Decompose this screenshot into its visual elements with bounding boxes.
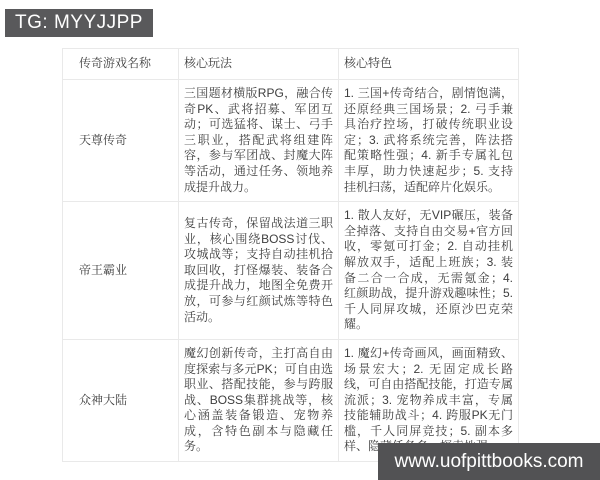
gameplay-cell: 三国题材横版RPG，融合传奇PK、武将招募、军团互动；可选猛将、谋士、弓手三职业… xyxy=(179,80,339,202)
column-header-core-gameplay: 核心玩法 xyxy=(179,49,339,80)
watermark-url-bar: www.uofpittbooks.com xyxy=(378,443,600,480)
features-cell: 1. 三国+传奇结合，剧情饱满，还原经典三国场景；2. 弓手兼具治疗控场，打破传… xyxy=(339,80,519,202)
gameplay-cell: 魔幻创新传奇，主打高自由度探索与多元PK；可自由选职业、搭配技能，参与跨服战、B… xyxy=(179,339,339,461)
gameplay-cell: 复古传奇，保留战法道三职业，核心围绕BOSS讨伐、攻城战等；支持自动挂机拾取回收… xyxy=(179,202,339,340)
column-header-game-name: 传奇游戏名称 xyxy=(63,49,179,80)
telegram-contact-badge: TG: MYYJJPP xyxy=(5,9,153,37)
game-name-cell: 天尊传奇 xyxy=(63,80,179,202)
game-name-cell: 众神大陆 xyxy=(63,339,179,461)
table-row: 帝王霸业 复古传奇，保留战法道三职业，核心围绕BOSS讨伐、攻城战等；支持自动挂… xyxy=(63,202,519,340)
features-cell: 1. 散人友好，无VIP碾压，装备全掉落、支持自由交易+官方回收，零氪可打金；2… xyxy=(339,202,519,340)
header-row: 传奇游戏名称 核心玩法 核心特色 xyxy=(63,49,519,80)
table-row: 天尊传奇 三国题材横版RPG，融合传奇PK、武将招募、军团互动；可选猛将、谋士、… xyxy=(63,80,519,202)
column-header-core-features: 核心特色 xyxy=(339,49,519,80)
games-table: 传奇游戏名称 核心玩法 核心特色 天尊传奇 三国题材横版RPG，融合传奇PK、武… xyxy=(62,48,519,462)
game-name-cell: 帝王霸业 xyxy=(63,202,179,340)
